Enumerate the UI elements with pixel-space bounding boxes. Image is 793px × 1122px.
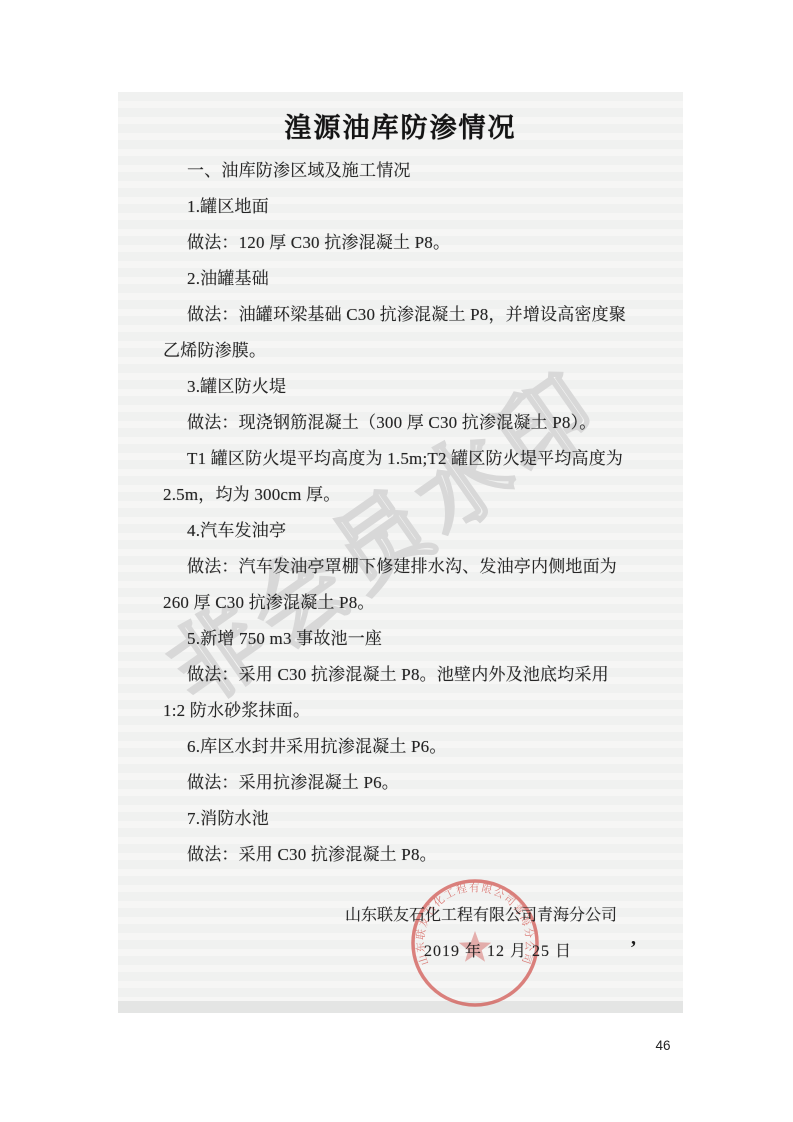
document-paragraph: 6.库区水封井采用抗渗混凝土 P6。 [163, 729, 635, 765]
document-paragraph: 做法：汽车发油亭罩棚下修建排水沟、发油亭内侧地面为 260 厚 C30 抗渗混凝… [163, 549, 635, 621]
document-paragraph: 1.罐区地面 [163, 189, 635, 225]
document-paragraph: 做法：采用 C30 抗渗混凝土 P8。池壁内外及池底均采用 1:2 防水砂浆抹面… [163, 657, 635, 729]
document-paragraph: 做法：120 厚 C30 抗渗混凝土 P8。 [163, 225, 635, 261]
document-paragraph: 一、油库防渗区域及施工情况 [163, 153, 635, 189]
document-paragraph: 做法：采用 C30 抗渗混凝土 P8。 [163, 837, 635, 873]
stray-ink-mark: ’ [630, 937, 637, 960]
company-signature: 山东联友石化工程有限公司青海分公司 [331, 898, 631, 934]
document-paragraph: 做法：现浇钢筋混凝土（300 厚 C30 抗渗混凝土 P8）。 [163, 405, 635, 441]
document-paragraph: T1 罐区防火堤平均高度为 1.5m;T2 罐区防火堤平均高度为 2.5m，均为… [163, 441, 635, 513]
document-paragraph: 7.消防水池 [163, 801, 635, 837]
document-body: 一、油库防渗区域及施工情况 1.罐区地面 做法：120 厚 C30 抗渗混凝土 … [118, 153, 683, 873]
page-number: 46 [648, 1038, 678, 1053]
document-paragraph: 4.汽车发油亭 [163, 513, 635, 549]
document-paragraph: 做法：油罐环梁基础 C30 抗渗混凝土 P8，并增设高密度聚乙烯防渗膜。 [163, 297, 635, 369]
document-paragraph: 3.罐区防火堤 [163, 369, 635, 405]
document-paragraph: 5.新增 750 m3 事故池一座 [163, 621, 635, 657]
document-paragraph: 2.油罐基础 [163, 261, 635, 297]
document-title: 湟源油库防渗情况 [118, 106, 683, 145]
signature-block: 山东联友石化工程有限公司青海分公司 2019 年 12 月 25 日 [331, 898, 631, 970]
signature-date: 2019 年 12 月 25 日 [331, 934, 631, 970]
viewer-background: { "document": { "title": "湟源油库防渗情况", "pa… [0, 0, 793, 1122]
scanned-page: 非会员水印 山东联友石化工程有限公司青海分公司 湟源油库防渗情况 一、油库防渗区… [118, 92, 683, 1013]
document-paragraph: 做法：采用抗渗混凝土 P6。 [163, 765, 635, 801]
